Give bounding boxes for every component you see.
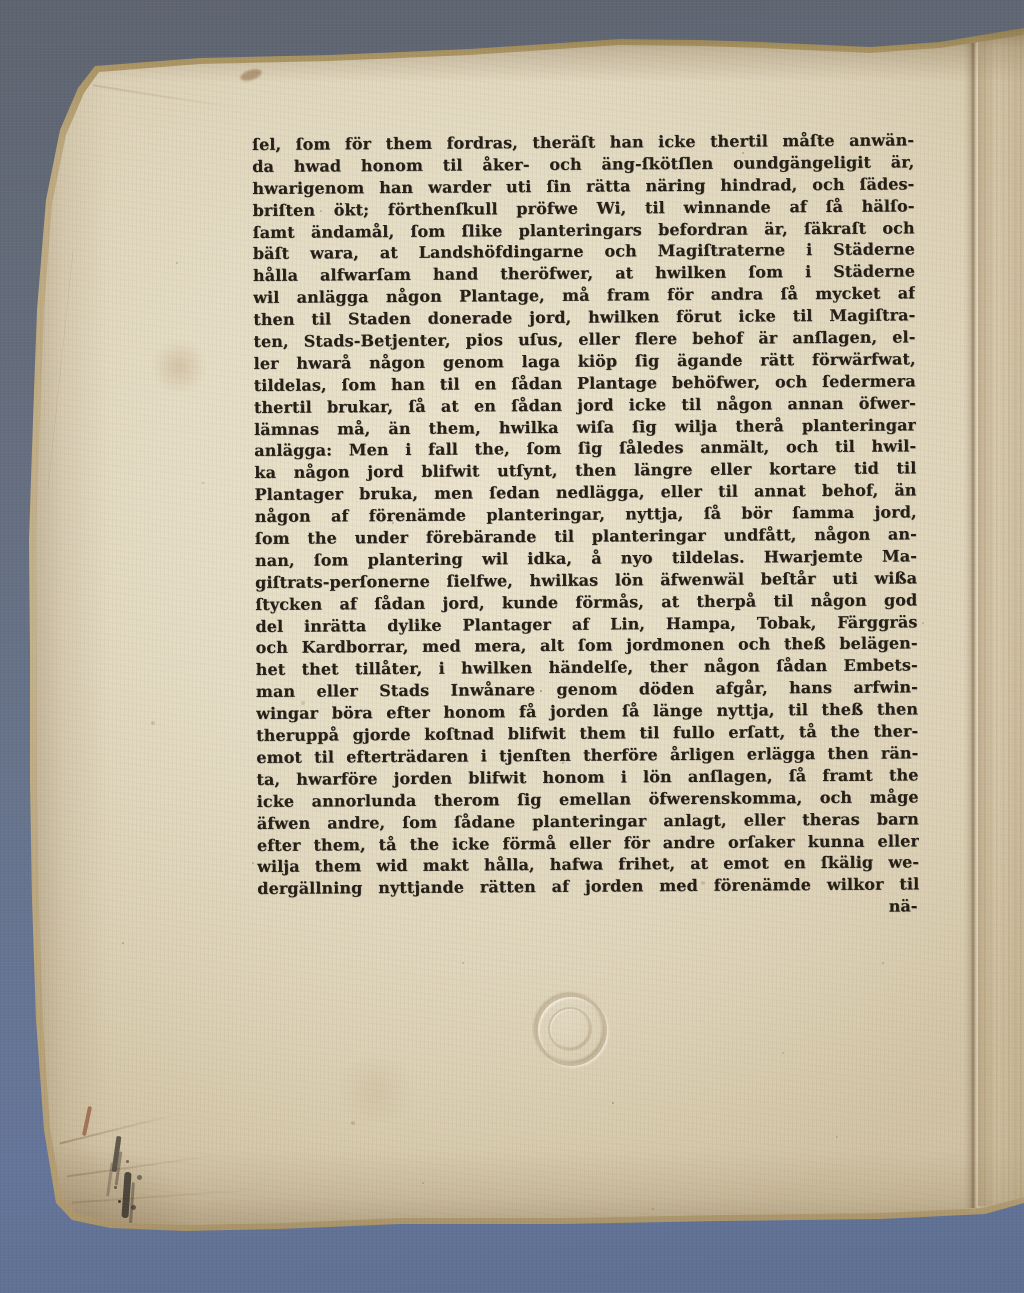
catchword: nä- <box>257 896 919 923</box>
stamp-inner-ring <box>548 1007 592 1051</box>
next-page-edge <box>978 26 1024 1206</box>
embossed-library-stamp <box>535 994 607 1066</box>
paper-sheet: ſel, ſom för them fordras, theräſt han i… <box>0 0 1024 1293</box>
body-text-block: ſel, ſom för them fordras, theräſt han i… <box>252 129 919 922</box>
scanned-document-photo: ſel, ſom för them fordras, theräſt han i… <box>0 0 1024 1293</box>
text-lines: ſel, ſom för them fordras, theräſt han i… <box>252 129 919 900</box>
foxing-stain <box>330 1060 420 1120</box>
ink-spatter <box>118 1200 121 1203</box>
paper-wrinkle <box>93 84 241 109</box>
top-edge-shadow <box>0 24 1024 82</box>
foxing-stain <box>150 342 208 392</box>
paper-fiber-speckles <box>0 0 2 2</box>
